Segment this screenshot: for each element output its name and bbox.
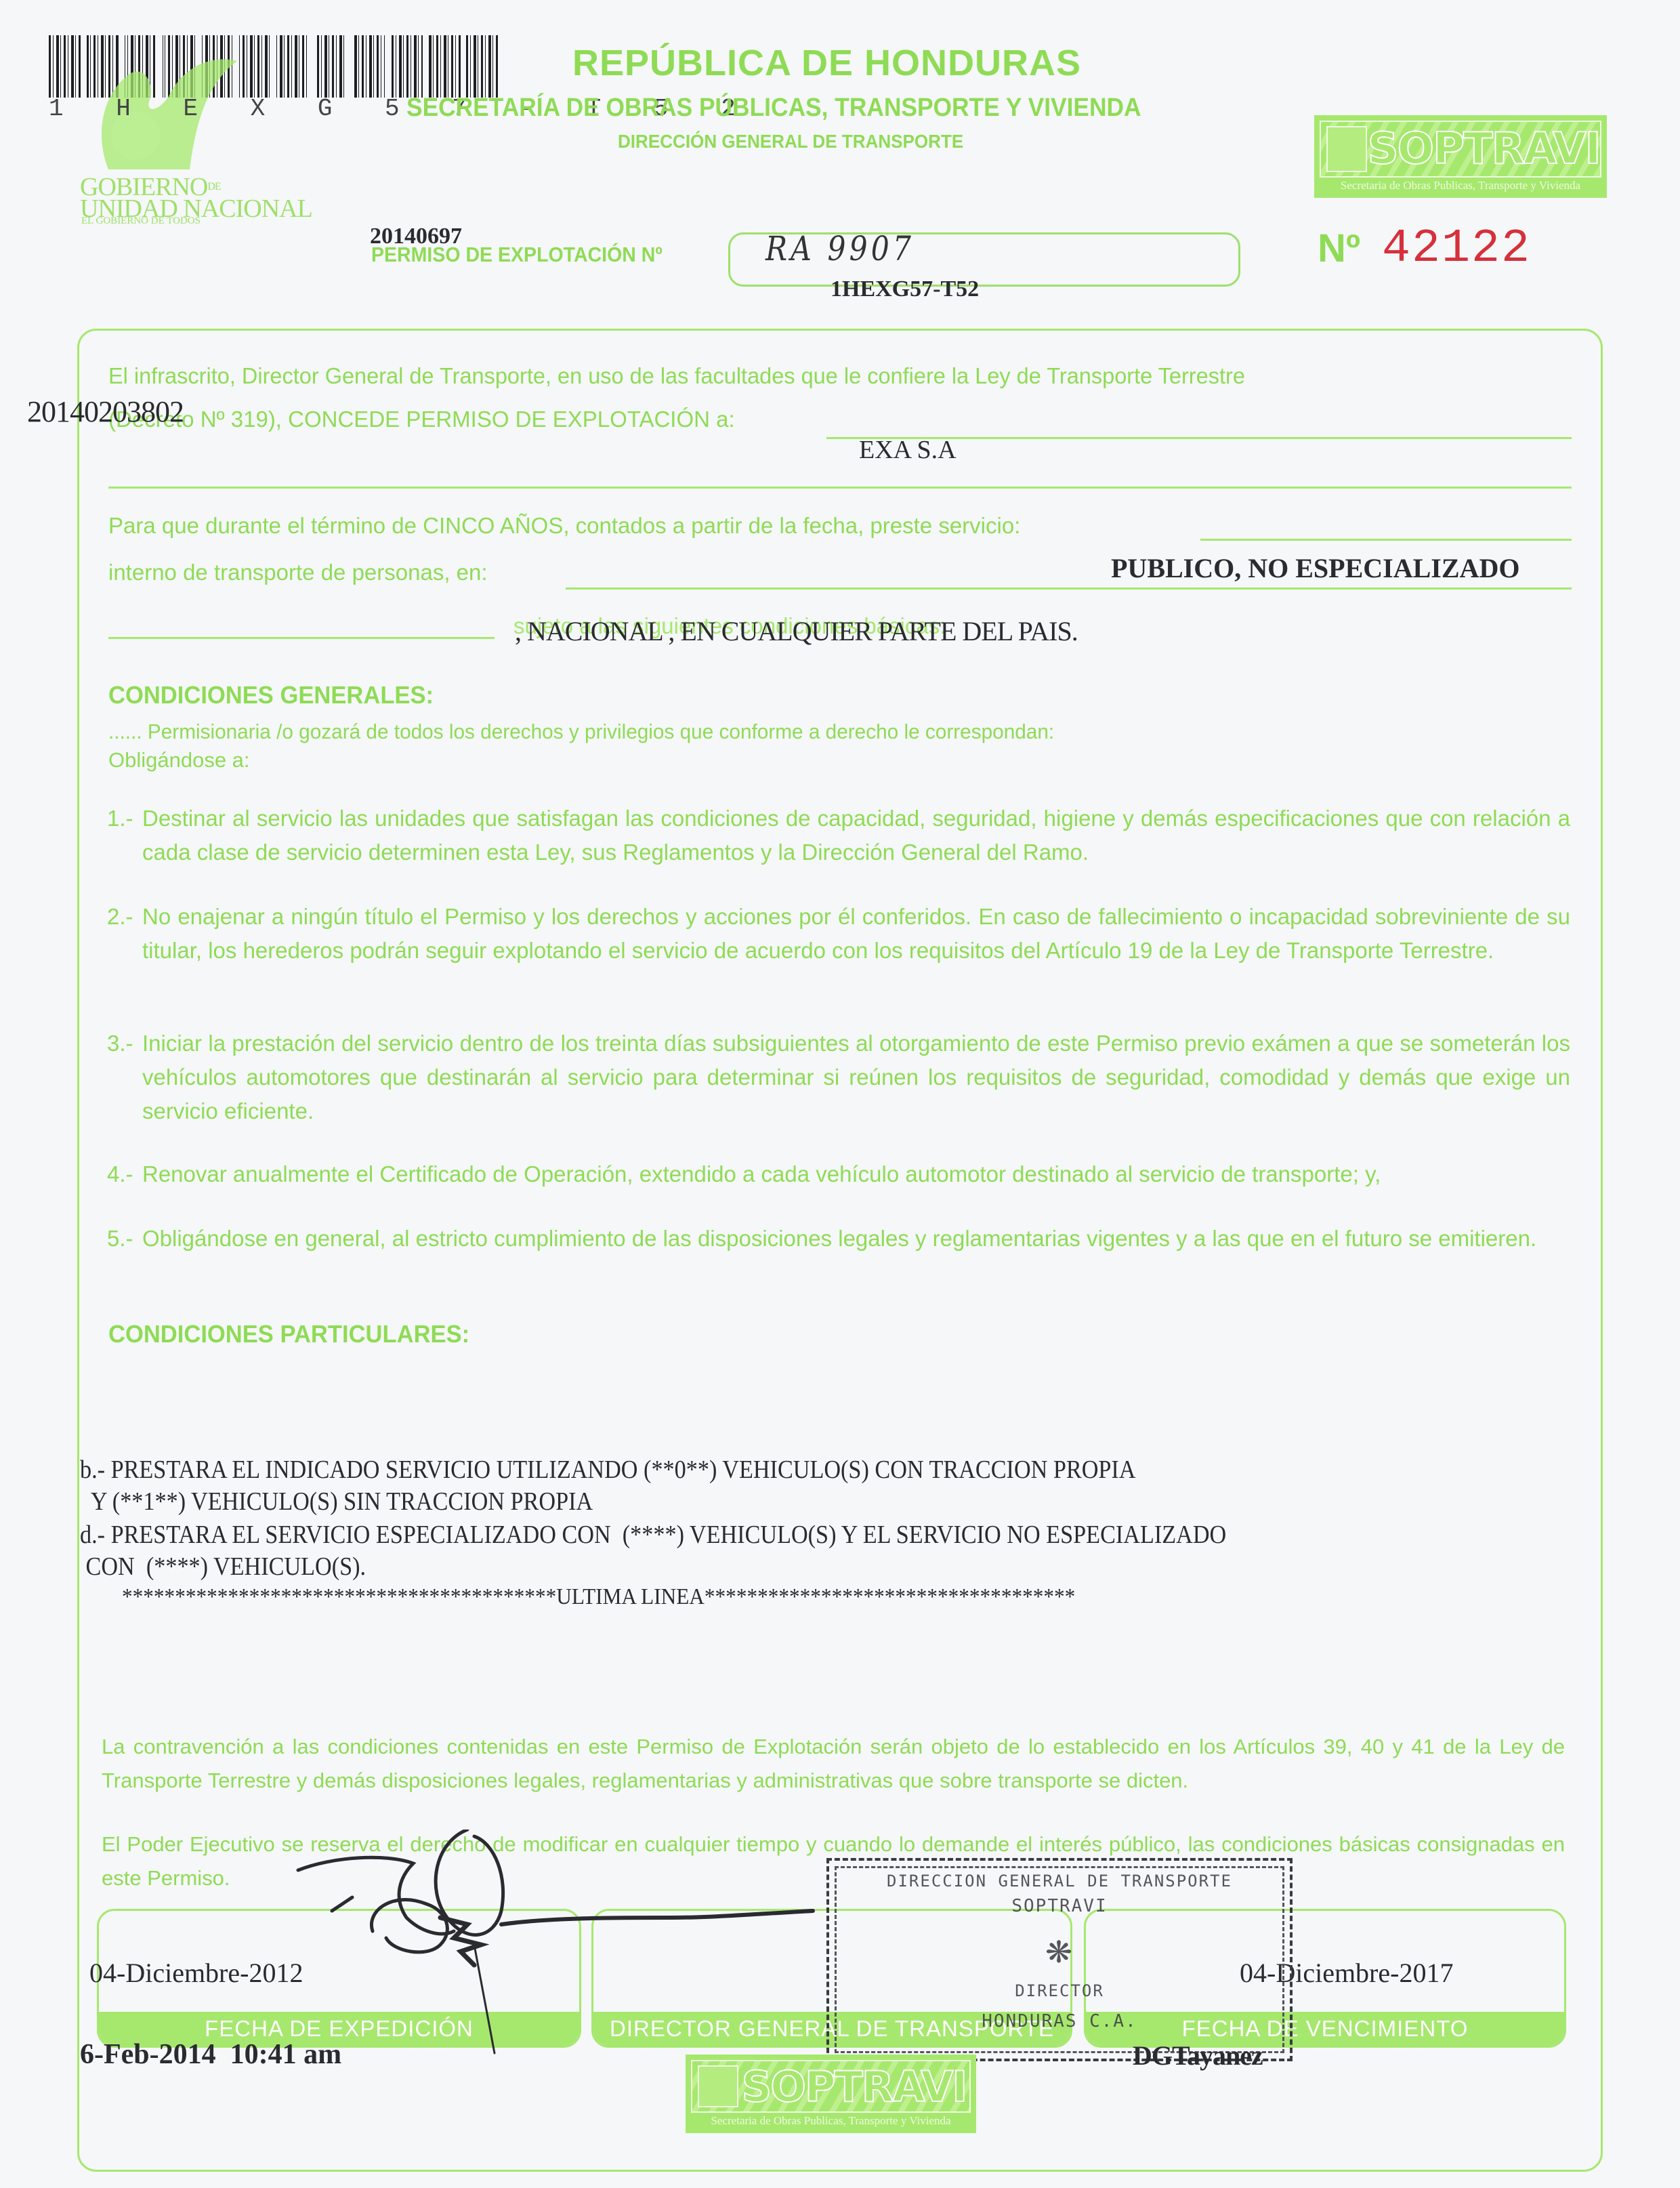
condition-item: 1.-Destinar al servicio las unidades que… [107,802,1570,869]
signature-icon [291,1830,901,2060]
permit-number-handwritten: RA 9907 [765,229,915,268]
obliged-label: Obligándose a: [108,748,250,772]
condition-item: 4.-Renovar anualmente el Certificado de … [107,1157,1570,1191]
issue-date: 04-Diciembre-2012 [89,1957,303,1989]
soptravi-emblem-icon [698,2065,738,2107]
service-scope: , NACIONAL , EN CUALQUIER PARTE DEL PAIS… [515,615,1078,647]
signer-id: DGTayanez [1133,2040,1263,2071]
page-title: REPÚBLICA DE HONDURAS [572,42,1081,84]
particular-conditions-heading: CONDICIONES PARTICULARES: [108,1320,469,1348]
particular-condition-line: b.- PRESTARA EL INDICADO SERVICIO UTILIZ… [80,1455,1136,1485]
term-text: Para que durante el término de CINCO AÑO… [108,513,1020,539]
vehicle-code: 1HEXG57-T52 [831,276,979,302]
serial-label: Nº [1318,226,1360,271]
soptravi-logo: SOPTRAVI Secretaria de Obras Publicas, T… [1314,115,1607,198]
contravention-clause: La contravención a las condiciones conte… [102,1730,1565,1798]
service-type-underline [566,587,1572,590]
general-conditions-intro: ...... Permisionaria /o gozará de todos … [108,720,1054,744]
gov-logo-tagline: EL GOBIERNO DE TODOS [81,215,201,227]
condition-item: 3.-Iniciar la prestación del servicio de… [107,1027,1570,1128]
department-title: DIRECCIÓN GENERAL DE TRANSPORTE [618,131,963,152]
general-conditions-heading: CONDICIONES GENERALES: [108,681,434,709]
divider-line [108,487,1572,489]
intro-line-2: (Decreto Nº 319), CONCEDE PERMISO DE EXP… [108,407,735,432]
last-line-marker: ****************************************… [122,1584,1075,1610]
particular-condition-line: d.- PRESTARA EL SERVICIO ESPECIALIZADO C… [80,1520,1226,1550]
service-type: PUBLICO, NO ESPECIALIZADO [1111,552,1519,584]
service-underline [1200,539,1572,541]
grantee-name: EXA S.A [859,435,957,465]
reference-number-left: 20140203802 [27,394,184,429]
soptravi-emblem-icon [1326,126,1367,172]
service-label: interno de transporte de personas, en: [108,560,488,585]
print-timestamp: 6-Feb-2014 10:41 am [80,2038,341,2071]
particular-condition-line: Y (**1**) VEHICULO(S) SIN TRACCION PROPI… [80,1487,593,1516]
scope-underline [108,637,495,639]
permit-number-label: PERMISO DE EXPLOTACIÓN Nº [371,243,663,267]
serial-number: 42122 [1382,222,1531,276]
particular-condition-line: CON (****) VEHICULO(S). [80,1552,366,1582]
intro-line-1: El infrascrito, Director General de Tran… [108,363,1245,389]
condition-item: 5.-Obligándose en general, al estricto c… [107,1222,1570,1256]
condition-item: 2.-No enajenar a ningún título el Permis… [107,900,1570,968]
soptravi-logo-bottom: SOPTRAVI Secretaria de Obras Publicas, T… [686,2055,976,2133]
ministry-title: SECRETARÍA DE OBRAS PÚBLICAS, TRANSPORTE… [406,94,1141,123]
